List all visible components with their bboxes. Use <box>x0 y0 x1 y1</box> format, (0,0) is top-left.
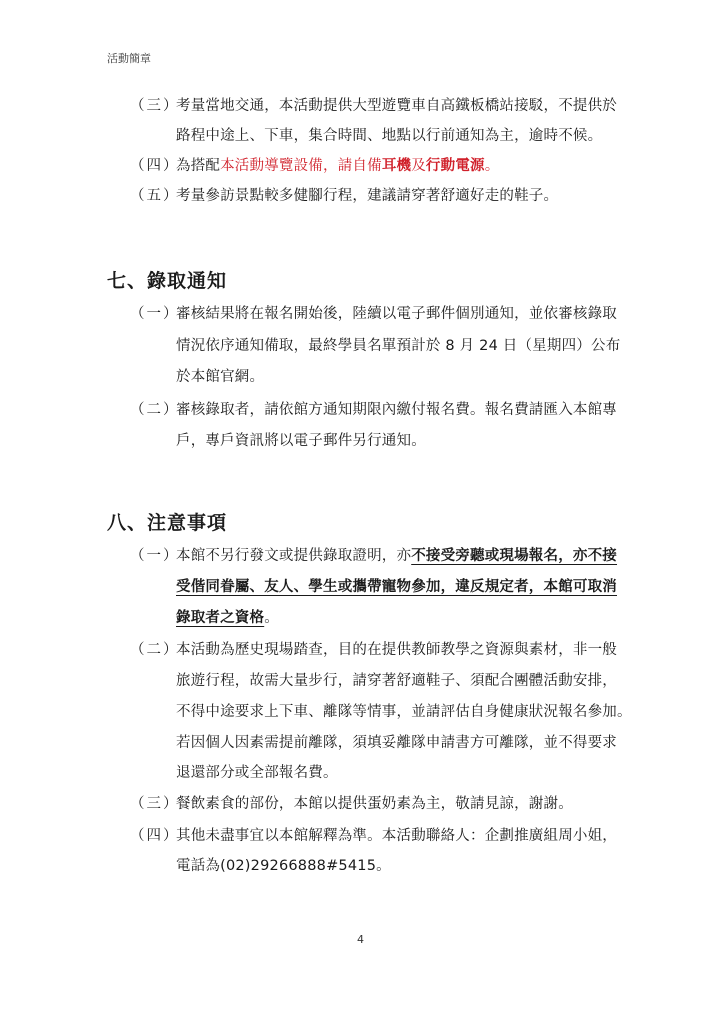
item-text: 。 <box>264 610 279 626</box>
item-marker: （一） <box>130 548 176 564</box>
list-item: （二）審核錄取者，請依館方通知期限內繳付報名費。報名費請匯入本館專 <box>130 402 617 418</box>
item-marker: （二） <box>130 642 176 658</box>
item-text: 其他未盡事宜以本館解釋為準。本活動聯絡人：企劃推廣組周小姐， <box>176 828 617 844</box>
item-text: 考量參訪景點較多健腳行程，建議請穿著舒適好走的鞋子。 <box>176 188 558 204</box>
item-continuation: 受偕同眷屬、友人、學生或攜帶寵物參加，違反規定者，本館可取消 <box>176 579 617 595</box>
list-item: （三）考量當地交通，本活動提供大型遊覽車自高鐵板橋站接駁，不提供於 <box>130 98 617 114</box>
item-text: 本活動為歷史現場踏查，目的在提供教師教學之資源與素材，非一般 <box>176 642 617 658</box>
list-item: （四）其他未盡事宜以本館解釋為準。本活動聯絡人：企劃推廣組周小姐， <box>130 828 617 844</box>
item-text: 本館不另行發文或提供錄取證明，亦 <box>176 548 411 564</box>
item-continuation: 戶，專戶資訊將以電子郵件另行通知。 <box>176 433 426 449</box>
item-continuation: 電話為(02)29266888#5415。 <box>176 858 391 874</box>
list-item: （一）審核結果將在報名開始後，陸續以電子郵件個別通知，並依審核錄取 <box>130 306 617 322</box>
highlight-bold-text: 耳機 <box>382 158 411 174</box>
item-continuation: 於本館官網。 <box>176 369 264 385</box>
item-marker: （四） <box>130 158 176 174</box>
page-number: 4 <box>357 933 364 946</box>
item-text: 審核結果將在報名開始後，陸續以電子郵件個別通知，並依審核錄取 <box>176 306 617 322</box>
item-text: 考量當地交通，本活動提供大型遊覽車自高鐵板橋站接駁，不提供於 <box>176 98 617 114</box>
list-item: （三）餐飲素食的部份，本館以提供蛋奶素為主，敬請見諒，謝謝。 <box>130 796 573 812</box>
highlight-text: 及 <box>411 158 426 174</box>
list-item: （一）本館不另行發文或提供錄取證明，亦不接受旁聽或現場報名，亦不接 <box>130 548 617 564</box>
item-text: 審核錄取者，請依館方通知期限內繳付報名費。報名費請匯入本館專 <box>176 402 617 418</box>
underlined-text: 錄取者之資格 <box>176 610 264 626</box>
item-marker: （一） <box>130 306 176 322</box>
item-continuation: 退還部分或全部報名費。 <box>176 765 338 781</box>
section-heading: 七、錄取通知 <box>107 266 227 293</box>
item-continuation: 錄取者之資格。 <box>176 610 279 626</box>
item-continuation: 若因個人因素需提前離隊，須填妥離隊申請書方可離隊，並不得要求 <box>176 735 617 751</box>
item-continuation: 旅遊行程，故需大量步行，請穿著舒適鞋子、須配合團體活動安排， <box>176 673 617 689</box>
item-marker: （三） <box>130 796 176 812</box>
underlined-text: 受偕同眷屬、友人、學生或攜帶寵物參加，違反規定者，本館可取消 <box>176 579 617 595</box>
list-item: （二）本活動為歷史現場踏查，目的在提供教師教學之資源與素材，非一般 <box>130 642 617 658</box>
underlined-text: 不接受旁聽或現場報名，亦不接 <box>411 548 617 564</box>
section-heading: 八、注意事項 <box>107 508 227 535</box>
item-continuation: 不得中途要求上下車、離隊等情事，並請評估自身健康狀況報名參加。 <box>176 704 632 720</box>
page-header: 活動簡章 <box>107 50 151 66</box>
item-marker: （三） <box>130 98 176 114</box>
item-marker: （五） <box>130 188 176 204</box>
item-text: 為搭配 <box>176 158 220 174</box>
highlight-text: 。 <box>485 158 500 174</box>
list-item: （五）考量參訪景點較多健腳行程，建議請穿著舒適好走的鞋子。 <box>130 188 558 204</box>
item-continuation: 情況依序通知備取，最終學員名單預計於 8 月 24 日（星期四）公布 <box>176 338 620 354</box>
highlight-bold-text: 行動電源 <box>426 158 485 174</box>
item-continuation: 路程中途上、下車，集合時間、地點以行前通知為主，逾時不候。 <box>176 128 602 144</box>
item-text: 餐飲素食的部份，本館以提供蛋奶素為主，敬請見諒，謝謝。 <box>176 796 573 812</box>
item-marker: （二） <box>130 402 176 418</box>
list-item: （四）為搭配本活動導覽設備，請自備耳機及行動電源。 <box>130 158 499 174</box>
item-marker: （四） <box>130 828 176 844</box>
highlight-text: 本活動導覽設備，請自備 <box>220 158 382 174</box>
